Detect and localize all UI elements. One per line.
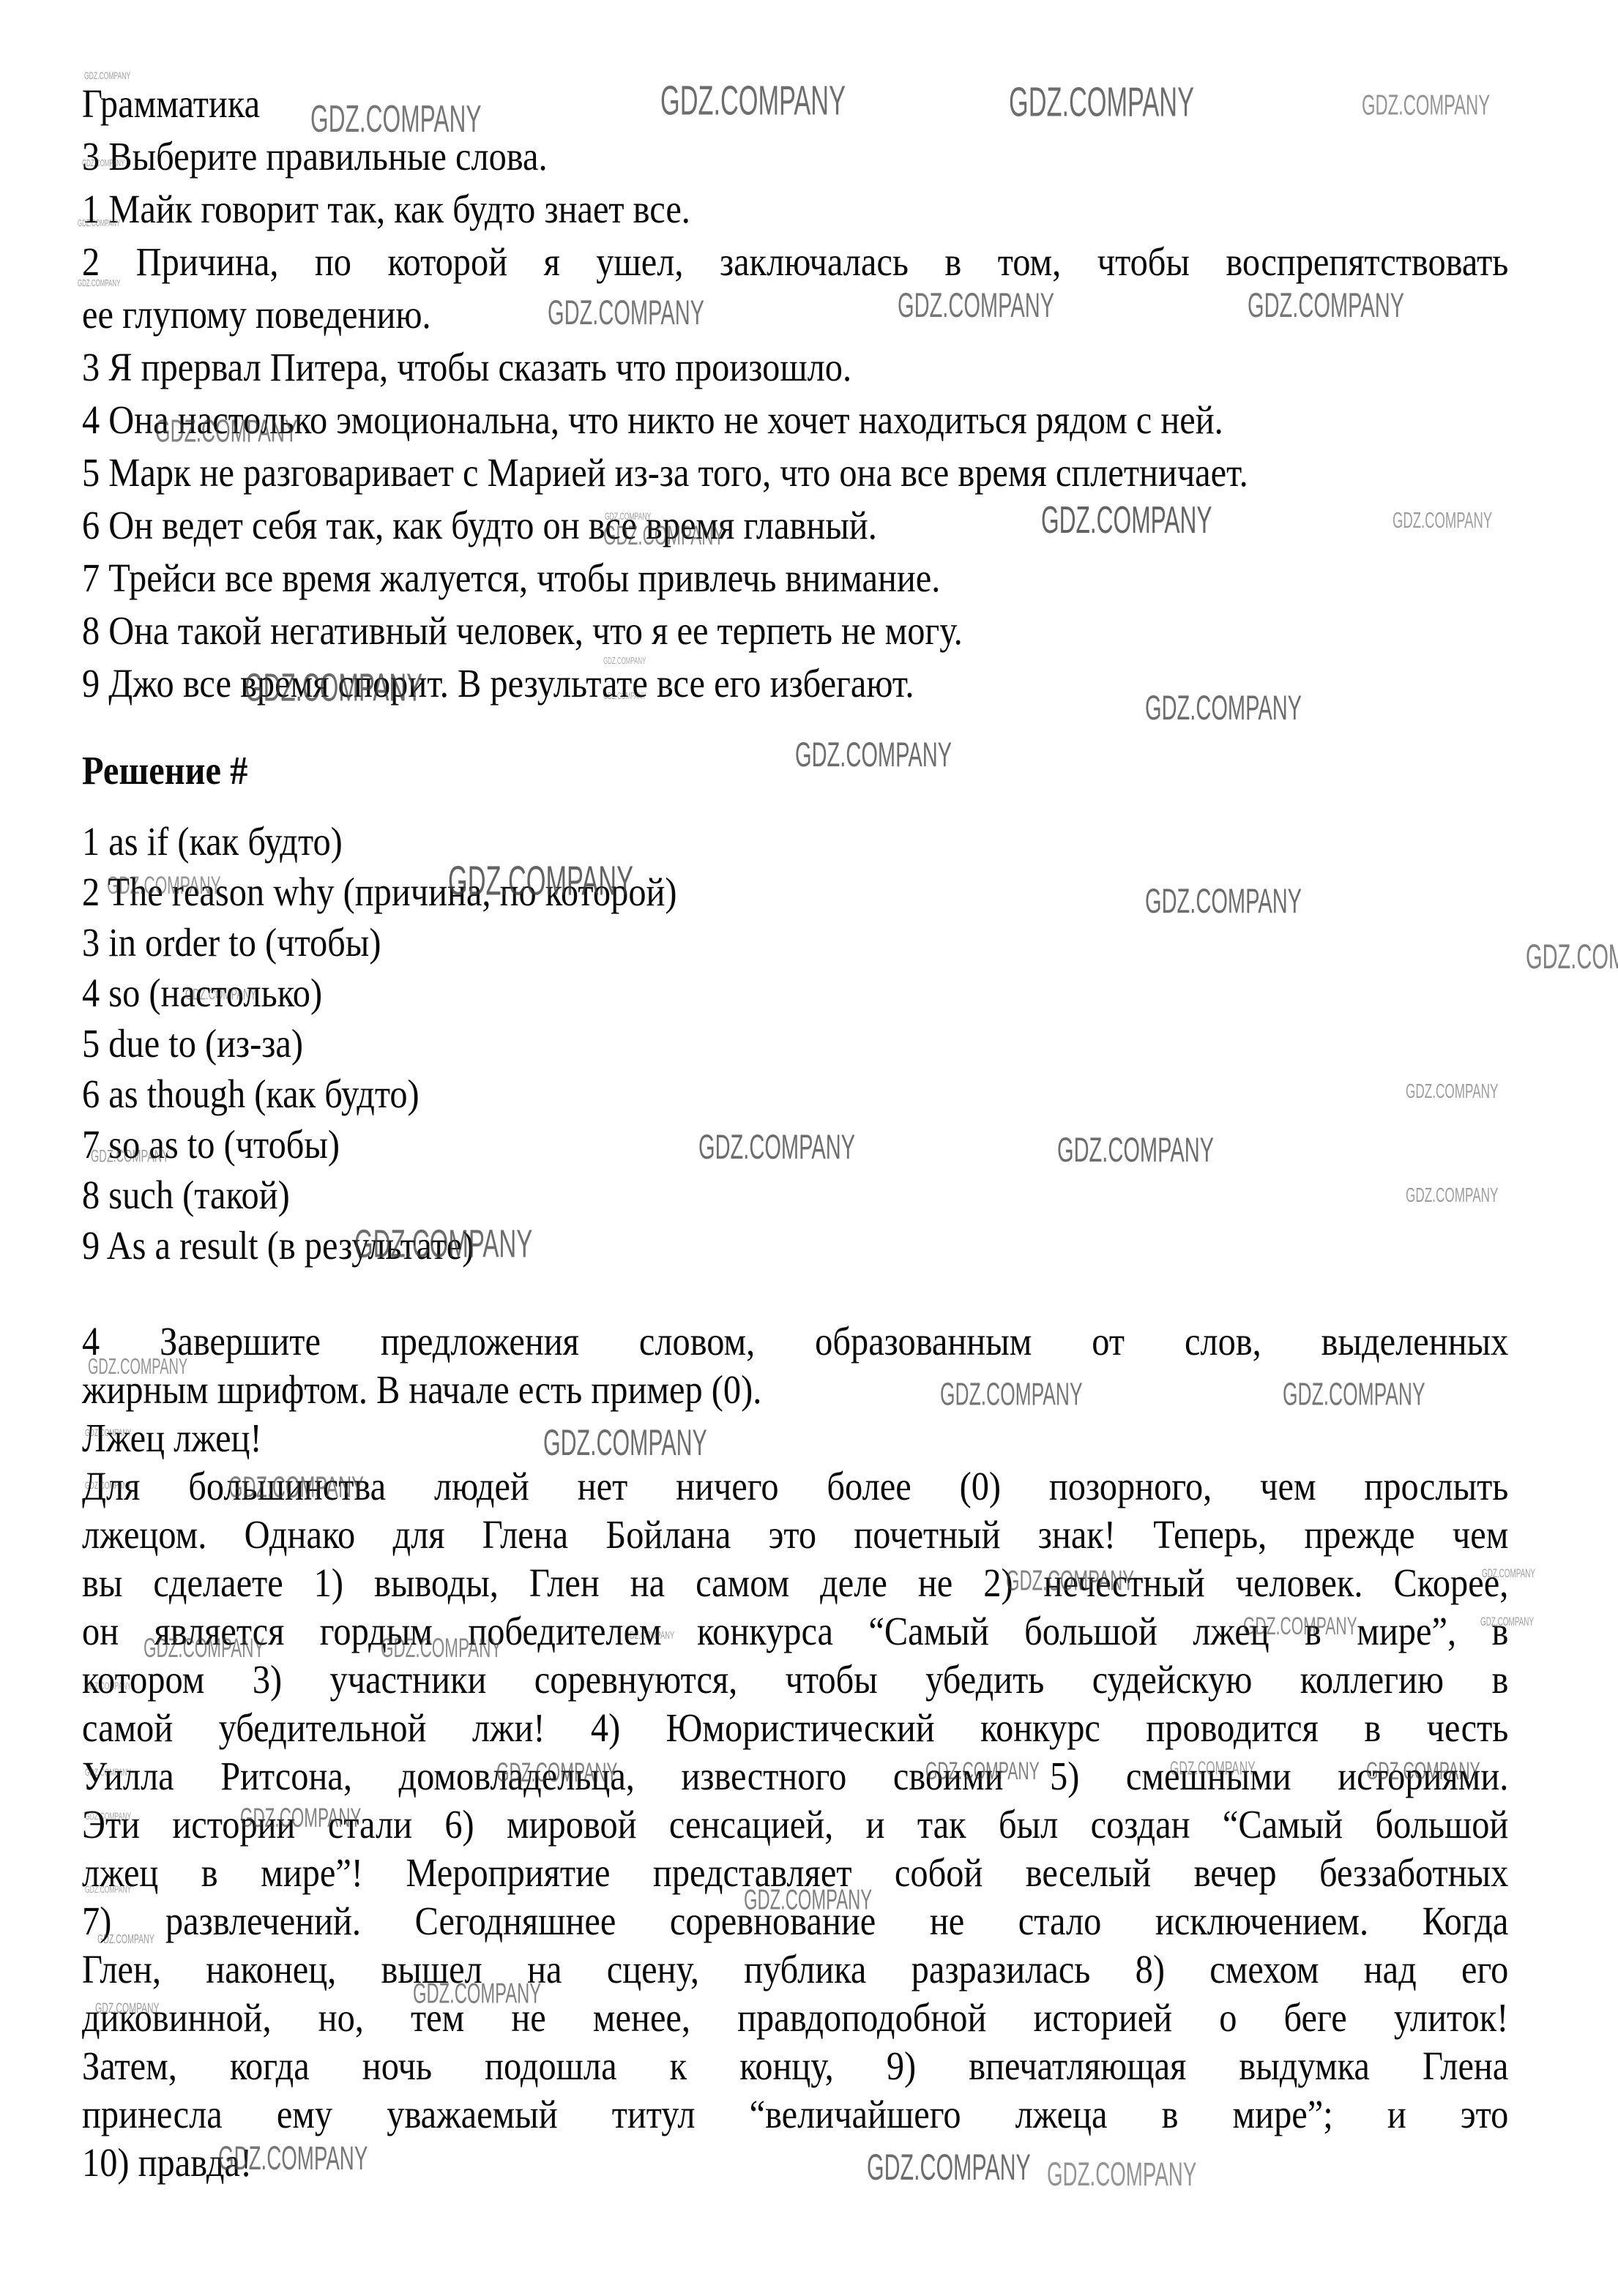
gdz-watermark: GDZ.COMPANY	[1482, 1568, 1535, 1579]
grammar-item-line: 6 Он ведет себя так, как будто он все вр…	[82, 499, 1508, 552]
gdz-watermark: GDZ.COMPANY	[603, 656, 646, 665]
gdz-watermark: GDZ.COMPANY	[91, 1148, 169, 1165]
solution-item-line: 6 as though (как будто)	[82, 1069, 1508, 1119]
gdz-watermark: GDZ.COMPANY	[85, 1811, 131, 1821]
gdz-watermark: GDZ.COMPANY	[107, 872, 221, 898]
task4-section: 4 Завершите предложения словом, образова…	[82, 1317, 1508, 2187]
gdz-watermark: GDZ.COMPANY	[898, 288, 1054, 324]
gdz-watermark: GDZ.COMPANY	[1406, 1080, 1498, 1101]
gdz-watermark: GDZ.COMPANY	[240, 1805, 361, 1832]
gdz-watermark: GDZ.COMPANY	[496, 1760, 617, 1787]
paragraph-line: Затем, когда ночь подошла к концу, 9) вп…	[82, 2042, 1508, 2090]
task4-instruction-line: 4 Завершите предложения словом, образова…	[82, 1317, 1508, 1366]
gdz-watermark: GDZ.COMPANY	[413, 1979, 541, 2008]
gdz-watermark: GDZ.COMPANY	[354, 1224, 532, 1263]
paragraph-line: самой убедительной лжи! 4) Юмористически…	[82, 1704, 1508, 1752]
paragraph-line: лжецом. Однако для Глена Бойлана это поч…	[82, 1511, 1508, 1559]
solution-item-line: 4 so (настолько)	[82, 968, 1508, 1018]
gdz-watermark: GDZ.COMPANY	[82, 158, 124, 168]
document-page: { "page": {"width": 2210, "height": 3137…	[0, 0, 1618, 2296]
gdz-watermark: GDZ.COMPANY	[603, 523, 724, 550]
document-content: Грамматика 3 Выберите правильные слова. …	[82, 0, 1508, 2187]
gdz-watermark: GDZ.COMPANY	[698, 1130, 855, 1165]
gdz-watermark: GDZ.COMPANY	[1366, 1758, 1480, 1784]
paragraph-line: принесла ему уважаемый титул “величайшег…	[82, 2090, 1508, 2139]
gdz-watermark: GDZ.COMPANY	[1248, 288, 1404, 324]
gdz-watermark: GDZ.COMPANY	[1009, 82, 1194, 123]
solution-item-line: 3 in order to (чтобы)	[82, 917, 1508, 968]
gdz-watermark: GDZ.COMPANY	[85, 1680, 131, 1691]
grammar-item-line: 2 Причина, по которой я ушел, заключалас…	[82, 236, 1508, 288]
gdz-watermark: GDZ.COMPANY	[228, 1473, 364, 1503]
gdz-watermark: GDZ.COMPANY	[155, 416, 298, 447]
gdz-watermark: GDZ.COMPANY	[1283, 1379, 1425, 1410]
grammar-item-line: 7 Трейси все время жалуется, чтобы привл…	[82, 552, 1508, 605]
gdz-watermark: GDZ.COMPANY	[1362, 91, 1490, 119]
gdz-watermark: GDZ.COMPANY	[867, 2149, 1031, 2185]
paragraph-line: котором 3) участники соревнуются, чтобы …	[82, 1656, 1508, 1704]
gdz-watermark: GDZ.COMPANY	[1057, 1133, 1214, 1168]
gdz-watermark: GDZ.COMPANY	[940, 1379, 1083, 1410]
gdz-watermark: GDZ.COMPANY	[925, 1758, 1040, 1784]
gdz-watermark: GDZ.COMPANY	[1145, 884, 1302, 919]
gdz-watermark: GDZ.COMPANY	[310, 101, 482, 139]
gdz-watermark: GDZ.COMPANY	[85, 1884, 131, 1894]
solution-item-line: 9 As a result (в результате)	[82, 1220, 1508, 1271]
gdz-watermark: GDZ.COMPANY	[1480, 1616, 1534, 1628]
gdz-watermark: GDZ.COMPANY	[1006, 1566, 1134, 1595]
paragraph-line: Уилла Ритсона, домовладельца, известного…	[82, 1752, 1508, 1800]
gdz-watermark: GDZ.COMPANY	[603, 691, 646, 700]
grammar-item-line: 8 Она такой негативный человек, что я ее…	[82, 605, 1508, 657]
gdz-watermark: GDZ.COMPANY	[548, 296, 704, 331]
gdz-watermark: GDZ.COMPANY	[97, 1934, 154, 1946]
gdz-watermark: GDZ.COMPANY	[1406, 1184, 1498, 1205]
grammar-item-line: 5 Марк не разговаривает с Марией из-за т…	[82, 446, 1508, 499]
solution-item-line: 1 as if (как будто)	[82, 816, 1508, 867]
gdz-watermark: GDZ.COMPANY	[1393, 509, 1492, 531]
gdz-watermark: GDZ.COMPANY	[78, 278, 120, 288]
grammar-item-line: 3 Я прервал Питера, чтобы сказать что пр…	[82, 341, 1508, 394]
gdz-watermark: GDZ.COMPANY	[185, 987, 256, 1003]
gdz-watermark: GDZ.COMPANY	[95, 2001, 160, 2015]
gdz-watermark: GDZ.COMPANY	[245, 668, 422, 707]
gdz-watermark: GDZ.COMPANY	[1243, 1613, 1357, 1639]
gdz-watermark: GDZ.COMPANY	[84, 70, 130, 81]
gdz-watermark: GDZ.COMPANY	[78, 218, 120, 228]
grammar-task-heading: 3 Выберите правильные слова.	[82, 130, 1508, 183]
gdz-watermark: GDZ.COMPANY	[143, 1635, 264, 1662]
gdz-watermark: GDZ.COMPANY	[543, 1424, 707, 1461]
gdz-watermark: GDZ.COMPANY	[88, 1355, 187, 1377]
paragraph-line: вы сделаете 1) выводы, Глен на самом дел…	[82, 1559, 1508, 1607]
grammar-item-line: 1 Майк говорит так, как будто знает все.	[82, 183, 1508, 236]
gdz-watermark: GDZ.COMPANY	[744, 1885, 872, 1914]
gdz-watermark: GDZ.COMPANY	[85, 1427, 131, 1437]
task4-subtitle: Лжец лжец!	[82, 1414, 1508, 1462]
solution-item-line: 8 such (такой)	[82, 1170, 1508, 1220]
paragraph-line: диковинной, но, тем не менее, правдоподо…	[82, 1994, 1508, 2042]
gdz-watermark: GDZ.COMPANY	[795, 738, 952, 773]
gdz-watermark: GDZ.COMPANY	[448, 861, 633, 902]
paragraph-line: Глен, наконец, вышел на сцену, публика р…	[82, 1945, 1508, 1994]
gdz-watermark: GDZ.COMPANY	[625, 1629, 674, 1640]
gdz-watermark: GDZ.COMPANY	[85, 1767, 131, 1777]
gdz-watermark: GDZ.COMPANY	[1526, 940, 1618, 975]
gdz-watermark: GDZ.COMPANY	[218, 2142, 368, 2175]
gdz-watermark: GDZ.COMPANY	[1047, 2158, 1196, 2191]
solution-item-line: 5 due to (из-за)	[82, 1018, 1508, 1069]
gdz-watermark: GDZ.COMPANY	[605, 511, 651, 521]
gdz-watermark: GDZ.COMPANY	[85, 1480, 131, 1490]
gdz-watermark: GDZ.COMPANY	[1170, 1760, 1256, 1779]
gdz-watermark: GDZ.COMPANY	[1145, 691, 1302, 726]
gdz-watermark: GDZ.COMPANY	[660, 81, 846, 121]
gdz-watermark: GDZ.COMPANY	[381, 1635, 502, 1662]
gdz-watermark: GDZ.COMPANY	[1041, 502, 1212, 540]
